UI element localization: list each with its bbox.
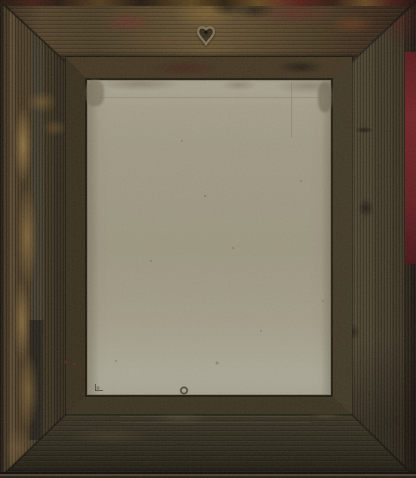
- hanging-ring: [193, 23, 219, 51]
- canvas-fray-top-left: [86, 80, 104, 106]
- canvas-squiggle-mark: [179, 386, 189, 396]
- bottom-edge-strip: [0, 472, 416, 478]
- photo-frame-back: [0, 0, 416, 478]
- canvas-corner-scratch: [95, 384, 103, 392]
- heart-ring-icon: [193, 23, 219, 51]
- lip-paint-blotch-maroon: [148, 60, 222, 76]
- canvas-board: [86, 79, 332, 396]
- red-paint-dots: [62, 358, 80, 368]
- top-edge-paint-residue: [0, 0, 416, 6]
- canvas-fray-top-right: [318, 82, 332, 112]
- bare-wood-streak: [6, 85, 42, 430]
- lip-paint-blotch-dark: [276, 60, 324, 74]
